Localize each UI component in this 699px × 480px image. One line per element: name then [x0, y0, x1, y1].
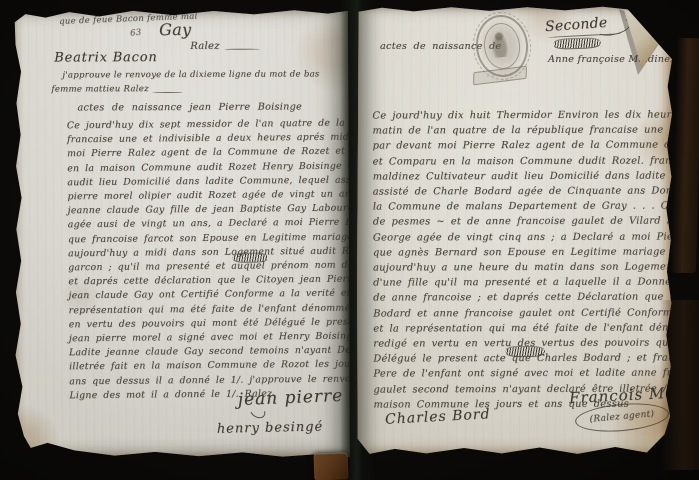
manuscript-line: matin de l'an quatre de la république fr…: [373, 123, 669, 139]
left-page: que de feue Bacon femme mal 63 Gay Ralez…: [12, 7, 350, 458]
stamp-banner: · · · · ·: [473, 66, 527, 86]
struck-word-scribble: [553, 38, 601, 49]
manuscript-line: par devant moi Pierre Ralez agent de la …: [373, 138, 669, 154]
act-heading-left: actes de naissance jean Pierre Boisinge: [77, 101, 302, 113]
scanned-register-photo: que de feue Bacon femme mal 63 Gay Ralez…: [0, 0, 699, 480]
manuscript-line: et Comparu en la maison Commune dudit Ro…: [373, 153, 669, 169]
annotation-beatrix-bacon: Beatrix Bacon: [54, 50, 157, 65]
annotation-name-gay: Gay: [159, 20, 191, 39]
act-body-right: Ce jourd'huy dix huit Thermidor Environ …: [372, 107, 669, 412]
annotation-approbation-1: j'approuve le renvoye de la dixieme lign…: [62, 69, 319, 80]
manuscript-line: Bodard et anne francoise gaulet ont Cert…: [373, 305, 669, 321]
struck-word-scribble: [232, 254, 268, 262]
binding-clasp: [314, 452, 349, 480]
manuscript-line: la Commune de malans Departement de Gray…: [373, 199, 669, 215]
manuscript-line: de anne francoise ; et daprés cette Décl…: [373, 290, 669, 306]
act-body-left: Ce jourd'huy dix sept messidor de l'an q…: [67, 116, 350, 403]
manuscript-line: que agnès Bernard son Epouse en Legitime…: [373, 244, 669, 260]
manuscript-line: assisté de Charle Bodard agée de Cinquan…: [373, 183, 669, 199]
pen-flourish: [224, 49, 260, 50]
manuscript-line: maldinez Cultivateur audit lieu Domicili…: [373, 168, 669, 184]
header-child-name: Anne françoise Maldinez: [548, 54, 672, 65]
annotation-approbation-2: femme mattieu Ralez: [51, 84, 149, 94]
manuscript-line: George agée de vingt cinq ans ; a Declar…: [373, 229, 669, 245]
pen-flourish: [152, 92, 182, 93]
marginal-mark: 63: [130, 28, 142, 39]
page-stack-edge: [660, 300, 699, 470]
struck-word-scribble: [505, 347, 545, 356]
manuscript-line: et la représentation qui ma été faite de…: [373, 320, 669, 336]
right-page: actes de naissance de · · · · · Seconde …: [357, 5, 672, 457]
manuscript-line: Ce jourd'huy dix huit Thermidor Environ …: [372, 107, 668, 123]
annotation-name-ralez: Ralez: [190, 41, 220, 52]
book-cover-edge: [671, 38, 699, 274]
manuscript-line: d'une fille qu'il ma presenté et a laque…: [373, 275, 669, 291]
manuscript-line: Pere de l'enfant ont signé avec moi et l…: [373, 366, 669, 382]
signature-henry-besinge: henry besingé: [217, 419, 324, 436]
manuscript-line: aujourd'huy a une heure du matin dans so…: [373, 260, 669, 276]
manuscript-line: de pesmes ~ et de anne francoise gaulet …: [373, 214, 669, 230]
